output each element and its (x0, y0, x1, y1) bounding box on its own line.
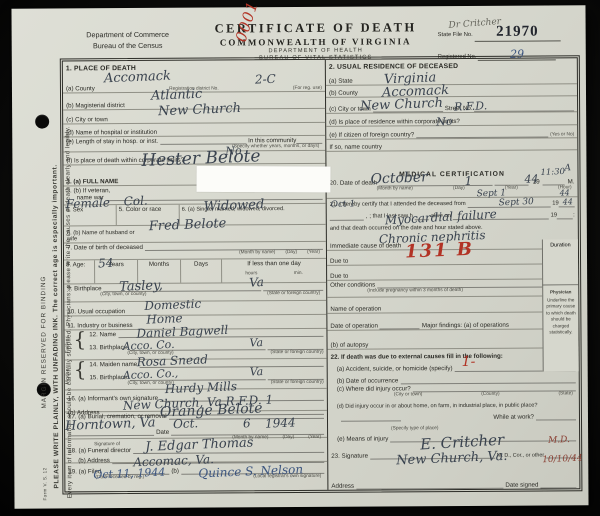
autopsy-label: (b) of autopsy (331, 342, 369, 349)
race-label: 5. Color or race (119, 206, 162, 213)
citizen-note: (Yes or No) (550, 132, 574, 137)
marital-label: 6. (a) Single, married, widowed, divorce… (182, 206, 285, 213)
certificate-subtitle: COMMONWEALTH OF VIRGINIA (194, 36, 438, 47)
form-left-column: 1. PLACE OF DEATH (a) County Registratio… (63, 60, 329, 492)
city-town-label: (c) City or town (66, 116, 108, 123)
physician-note-title: Physician (545, 289, 576, 294)
due-to-2-label: Due to (330, 273, 348, 280)
dod-day-note: (Day) (453, 186, 465, 191)
county-label: (a) County (66, 85, 95, 92)
immediate-cause-label: Immediate cause of death (330, 242, 401, 249)
date-of-death-label: 20. Date of death (330, 180, 378, 187)
whiteout-patch (196, 166, 330, 193)
residence-corporate-label: (d) Is place of residence within corpora… (329, 118, 460, 126)
certify-line1: 21. I hereby certify that I attended the… (330, 201, 466, 209)
certify-alive: alive on (431, 213, 451, 220)
father-birthplace-label: 13. Birthplace (89, 344, 127, 351)
certificate-paper: Every item of information should be care… (11, 5, 588, 508)
stay-note: (Specify whether years, months, or days) (232, 144, 319, 150)
regdist-note: (For reg. use) (293, 86, 322, 91)
margin-note-binding: MARGIN RESERVED FOR BINDING (39, 149, 48, 409)
dob-label: 7. Date of birth of deceased (67, 244, 143, 251)
occupation-label: 10. Usual occupation (67, 308, 125, 315)
street-no-label: Street No. (445, 105, 473, 112)
state-file-number: 21970 (496, 24, 539, 40)
other-conditions-note: (Include pregnancy within 3 months of de… (367, 288, 463, 294)
mother-brace: { (74, 360, 87, 389)
burial-date-label: Date (156, 429, 169, 436)
veteran-namewar-label: name war (77, 194, 104, 201)
informant-label: 16. (a) Informant's own signature (68, 395, 158, 403)
residence-county-label: (b) County (329, 90, 358, 97)
birthplace-note1: (City, town, or county) (100, 292, 146, 297)
form-number: Form V. S. 12 (42, 437, 47, 501)
major-findings-label: Major findings: (a) of operations (422, 322, 509, 330)
state-file-label: State File No. (438, 32, 473, 38)
corporate-limits-label: (f) Is place of death within corporate l… (66, 157, 184, 165)
mother-bp-note1: (City, town, or county) (127, 381, 173, 386)
date-signed-label: Date signed (505, 482, 538, 489)
name-country-label: If so, name country (329, 143, 382, 150)
dept-line2: Bureau of the Census (62, 40, 194, 52)
sex-label: 4. Sex (66, 206, 84, 213)
mother-name-label: 14. Maiden name (89, 361, 137, 368)
dob-month-note: (Month by name) (239, 250, 275, 255)
scan-background: Every item of information should be care… (0, 0, 600, 516)
age-min-label: min. (294, 271, 303, 276)
certify-lastsaw: ; that I last saw h (369, 213, 413, 220)
dod-m-label: M. (568, 178, 575, 185)
father-bp-note2: (State or foreign country) (271, 350, 324, 355)
residence-state-label: (a) State (329, 78, 353, 85)
dod-month-note: (Month by name) (377, 186, 413, 191)
form-right-column: 2. USUAL RESIDENCE OF DECEASED (a) State… (326, 58, 580, 490)
age-years-label: Years (108, 261, 124, 268)
birthplace-note2: (State or foreign country) (267, 291, 320, 296)
registered-number: 29 (510, 48, 524, 61)
duration-box: Duration (542, 239, 578, 285)
spouse-label: 6. (b) Name of husband or wife (67, 230, 137, 242)
age-months-label: Months (149, 261, 169, 268)
red-mark-1: 1- (462, 355, 476, 369)
age-days-label: Days (194, 261, 208, 268)
dept-line1: Department of Commerce (62, 30, 194, 42)
citizen-label: (e) If citizen of foreign country? (329, 131, 414, 139)
external-c-note1: (City or town) (394, 392, 423, 397)
dod-year-prefix: 19 (533, 179, 540, 186)
certify-line2: and that death occurred on the date and … (330, 225, 483, 232)
margin-note-middle: PLEASE WRITE PLAINLY, WITH UNFADING INK.… (51, 68, 61, 488)
registrar-note: (Local registrar's own signature) (253, 474, 321, 479)
hospital-label: (d) Name of hospital or institution (66, 129, 157, 137)
issuing-department: Department of Commerce Bureau of the Cen… (62, 22, 194, 61)
burial-label: 17. (a) Burial, cremation, or removal (68, 413, 167, 421)
signature-address-label: Address (331, 483, 354, 490)
duration-label: Duration (550, 242, 570, 248)
full-name-label: 3. (a) FULL NAME (67, 178, 119, 185)
registered-label: Registered No. (438, 54, 477, 60)
mother-birthplace-label: 15. Birthplace (89, 374, 127, 381)
mother-bp-note2: (State or foreign country) (271, 380, 324, 385)
regdist-label: Registration district No. (169, 86, 219, 91)
dod-hour-note: (Hour) (558, 185, 572, 190)
external-c-note2: (County) (481, 392, 499, 397)
father-group-label: Father (64, 330, 73, 359)
physician-note-box: Physician Underline the primary cause to… (542, 285, 579, 371)
dod-year-note: (Year) (505, 186, 518, 191)
operation-date-label: Date of operation (330, 323, 378, 330)
father-bp-note1: (City, town, or county) (127, 351, 173, 356)
father-name-label: 12. Name (89, 331, 116, 338)
dob-year-note: (Year) (307, 250, 320, 255)
external-c-note3: (State) (558, 391, 572, 396)
age-label: 8. Age: (66, 261, 85, 268)
age-hours-label: hours (245, 271, 257, 276)
certificate-title-block: CERTIFICATE OF DEATH COMMONWEALTH OF VIR… (194, 20, 438, 59)
magisterial-label: (b) Magisterial district (66, 102, 125, 109)
birthplace-label: 9. Birthplace (67, 285, 101, 292)
funeral-director-label: 18. (a) Funeral director (68, 447, 131, 454)
mother-group-label: Mother (65, 360, 74, 389)
operation-name-label: Name of operation (330, 306, 381, 313)
red-stamp-131b: 131 B (405, 241, 475, 262)
certificate-form: 1. PLACE OF DEATH (a) County Registratio… (62, 57, 581, 492)
stay-label: (e) Length of stay in hosp. or inst. (66, 138, 158, 146)
physician-note-text: Underline the primary cause to which dea… (545, 297, 576, 336)
certificate-title: CERTIFICATE OF DEATH (194, 20, 438, 36)
punch-hole-top (35, 115, 49, 129)
due-to-1-label: Due to (330, 258, 348, 265)
filed-b-label: (b) (171, 468, 179, 475)
residence-city-label: (c) City or town (329, 106, 371, 113)
dob-day-note: (Day) (285, 250, 297, 255)
filed-note: (Date received by reg.) (95, 475, 144, 480)
father-brace: { (73, 330, 86, 359)
